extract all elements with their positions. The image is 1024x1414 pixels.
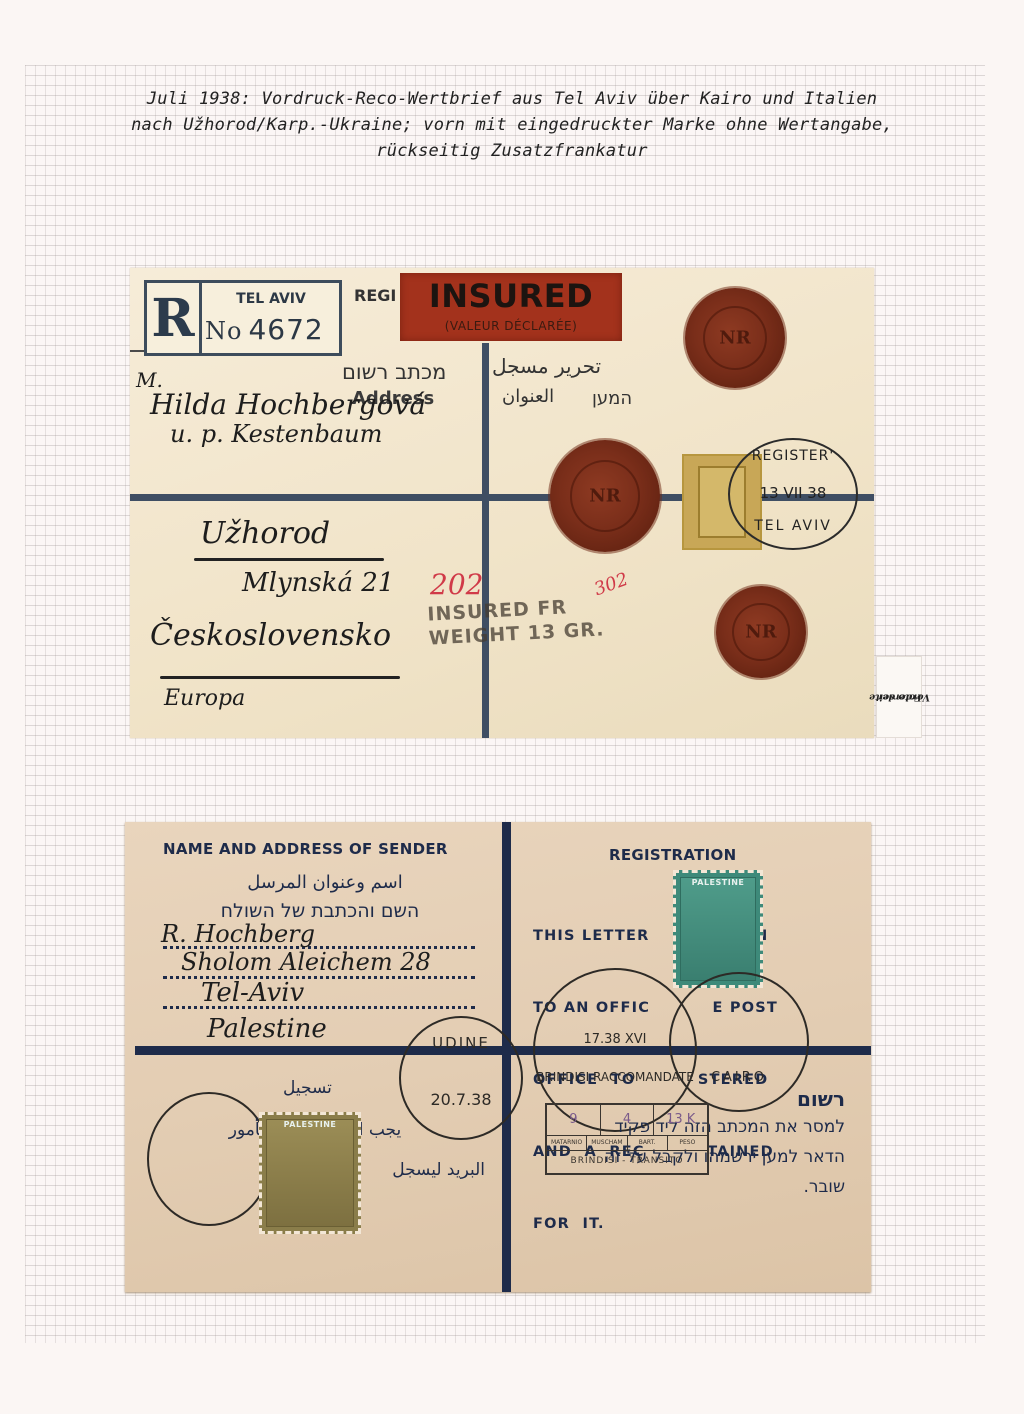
insured-subtitle: (VALEUR DÉCLARÉE): [400, 319, 622, 333]
cachet-header: MATARNIO: [547, 1136, 587, 1150]
insured-label: INSURED (VALEUR DÉCLARÉE): [400, 273, 622, 341]
wax-seal-middle: NR: [550, 440, 660, 552]
caption-line-2: nach Užhorod/Karp.-Ukraine; vorn mit ein…: [40, 112, 984, 138]
stamp-palestine-2-mils: PALESTINE: [673, 870, 763, 988]
postmark-top-text: REGISTER': [730, 448, 856, 464]
postmark-cairo-text: CAIRO: [671, 1070, 807, 1085]
addressee-country: Československo: [150, 618, 391, 653]
side-note-line-2: Vorderseite: [869, 692, 930, 703]
seal-monogram: NR: [716, 622, 806, 643]
postmark-date: 13 VII 38: [730, 484, 856, 502]
postmark-tel-aviv: [147, 1092, 271, 1226]
registration-letter: R: [147, 283, 202, 353]
cachet-cell: 9: [547, 1105, 601, 1135]
envelope-front: R TEL AVIV No4672 REGI INSURED (VALEUR D…: [130, 268, 874, 738]
city-underline: [194, 558, 384, 561]
cachet-cell: 13 K: [654, 1105, 707, 1135]
stamp-palestine-20-mils: PALESTINE: [259, 1112, 361, 1234]
insured-title: INSURED: [400, 277, 622, 315]
addressee-care-of: u. p. Kestenbaum: [170, 420, 382, 448]
addressee-continent: Europa: [164, 686, 245, 711]
sender-name: R. Hochberg: [161, 920, 315, 948]
red-pencil-note-1: 202: [430, 568, 483, 601]
postmark-udine-date: 20.7.38: [401, 1090, 521, 1109]
album-caption: Juli 1938: Vordruck-Reco-Wertbrief aus T…: [40, 86, 984, 164]
caption-line-3: rückseitig Zusatzfrankatur: [40, 138, 984, 164]
stamp-country: PALESTINE: [676, 878, 760, 887]
registration-line-5: FOR IT.: [533, 1212, 778, 1236]
wax-seal-bottom: NR: [716, 586, 806, 678]
arabic-address-label: العنوان: [502, 386, 554, 407]
registration-number: No4672: [205, 313, 324, 346]
registration-heading: REGISTRATION: [609, 846, 736, 864]
sender-country: Palestine: [207, 1014, 327, 1044]
cachet-header: MUSCHAM: [587, 1136, 627, 1150]
caption-line-1: Juli 1938: Vordruck-Reco-Wertbrief aus T…: [40, 86, 984, 112]
cachet-header: PESO: [668, 1136, 707, 1150]
photo-note-label: Foto derVorderseite: [876, 656, 922, 738]
country-underline: [160, 676, 400, 679]
seal-monogram: NR: [550, 486, 660, 507]
stamp-country: PALESTINE: [262, 1120, 358, 1129]
arabic-registration-title: تسجيل: [283, 1078, 332, 1098]
arabic-registration-line-2: البريد ليسجل: [365, 1160, 485, 1180]
seal-monogram: NR: [685, 328, 785, 349]
postmark-udine-text: UDINE: [401, 1034, 521, 1052]
cachet-header: BART.: [628, 1136, 668, 1150]
postmark-bottom-text: TEL AVIV: [730, 518, 856, 534]
cachet-cell: 4: [601, 1105, 655, 1135]
tel-aviv-registered-postmark: REGISTER' 13 VII 38 TEL AVIV: [728, 438, 858, 550]
envelope-back: NAME AND ADDRESS OF SENDER اسم وعنوان ال…: [125, 822, 871, 1292]
hebrew-registration-line-3: שובר.: [525, 1174, 845, 1200]
cachet-office: BRINDISI - TRANSITO: [547, 1152, 707, 1170]
sender-street: Sholom Aleichem 28: [181, 948, 431, 976]
sender-heading: NAME AND ADDRESS OF SENDER: [163, 840, 448, 858]
wax-seal-top: NR: [685, 288, 785, 388]
registration-label: R TEL AVIV No4672: [144, 280, 342, 356]
hebrew-registered-letter: מכתב רשום: [342, 360, 446, 384]
registration-no-prefix: No: [205, 317, 242, 345]
brindisi-transit-cachet: 9 4 13 K MATARNIO MUSCHAM BART. PESO BRI…: [545, 1103, 709, 1175]
envelope-blue-cross-vertical: [482, 343, 489, 738]
sender-heading-hebrew: השם והכתבת של השולח: [195, 900, 445, 922]
sender-city: Tel-Aviv: [201, 978, 304, 1008]
registration-number-value: 4672: [248, 313, 323, 346]
addressee-city: Užhorod: [200, 516, 330, 551]
arabic-registered-letter: تحرير مسجل: [492, 354, 601, 378]
addressee-street: Mlynská 21: [242, 568, 394, 598]
insured-weight-cachet: INSURED FR WEIGHT 13 GR.: [427, 593, 605, 650]
registration-office: TEL AVIV: [203, 291, 339, 307]
hebrew-address-label: המען: [592, 388, 632, 409]
registered-text-partial: REGI: [354, 286, 396, 305]
sender-heading-arabic: اسم وعنوان المرسل: [235, 872, 415, 893]
addressee-name: Hilda Hochbergová: [150, 388, 426, 421]
